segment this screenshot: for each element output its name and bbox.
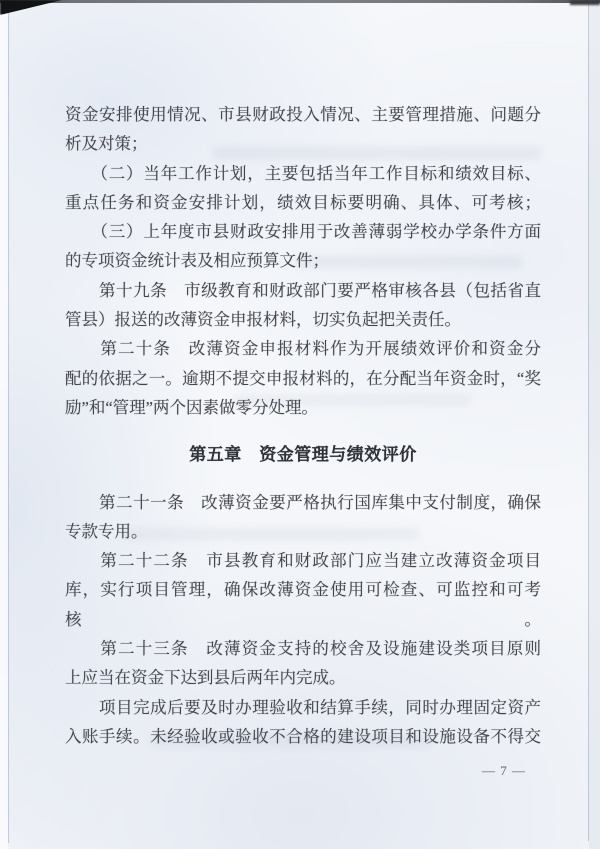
scan-right-margin-strip bbox=[589, 0, 600, 849]
scan-top-right-smudge bbox=[570, 0, 600, 5]
text-line: 第二十二条 市县教育和财政部门应当建立改薄资金项目 bbox=[65, 546, 541, 575]
chapter-heading: 第五章 资金管理与绩效评价 bbox=[65, 440, 541, 469]
document-body: 资金安排使用情况、市县财政投入情况、主要管理措施、问题分 析及对策； （二）当年… bbox=[65, 100, 541, 751]
text-line: 第十九条 市级教育和财政部门要严格审核各县（包括省直 bbox=[65, 276, 541, 305]
text-line: 管县）报送的改薄资金申报材料，切实负起把关责任。 bbox=[65, 305, 541, 334]
text-line: 第二十一条 改薄资金要严格执行国库集中支付制度，确保 bbox=[65, 488, 541, 517]
scan-top-edge-line bbox=[0, 0, 600, 3]
page-number: — 7 — bbox=[482, 763, 526, 779]
text-line: 资金安排使用情况、市县财政投入情况、主要管理措施、问题分 bbox=[65, 100, 541, 129]
text-line: 配的依据之一。逾期不提交申报材料的，在分配当年资金时，“奖 bbox=[65, 364, 541, 393]
text-line: 重点任务和资金安排计划，绩效目标要明确、具体、可考核； bbox=[65, 188, 541, 217]
scan-left-fold-line bbox=[8, 0, 9, 843]
text-line: 入账手续。未经验收或验收不合格的建设项目和设施设备不得交 bbox=[65, 722, 541, 751]
text-line: 励”和“管理”两个因素做零分处理。 bbox=[65, 393, 541, 422]
text-line: 上应当在资金下达到县后两年内完成。 bbox=[65, 663, 541, 692]
text-line: 的专项资金统计表及相应预算文件； bbox=[65, 246, 541, 275]
text-line: 库，实行项目管理，确保改薄资金使用可检查、可监控和可考核。 bbox=[65, 575, 541, 634]
text-line: 专款专用。 bbox=[65, 517, 541, 546]
text-line: 析及对策； bbox=[65, 129, 541, 158]
text-line: （二）当年工作计划，主要包括当年工作目标和绩效目标、 bbox=[65, 159, 541, 188]
text-line: 第二十条 改薄资金申报材料作为开展绩效评价和资金分 bbox=[65, 334, 541, 363]
scan-left-margin-strip bbox=[0, 0, 8, 849]
scan-right-edge-line bbox=[588, 2, 589, 841]
text-line: 项目完成后要及时办理验收和结算手续，同时办理固定资产 bbox=[65, 693, 541, 722]
text-line: （三）上年度市县财政安排用于改善薄弱学校办学条件方面 bbox=[65, 217, 541, 246]
scanned-document-page: 资金安排使用情况、市县财政投入情况、主要管理措施、问题分 析及对策； （二）当年… bbox=[0, 0, 600, 849]
text-line: 第二十三条 改薄资金支持的校舍及设施建设类项目原则 bbox=[65, 634, 541, 663]
